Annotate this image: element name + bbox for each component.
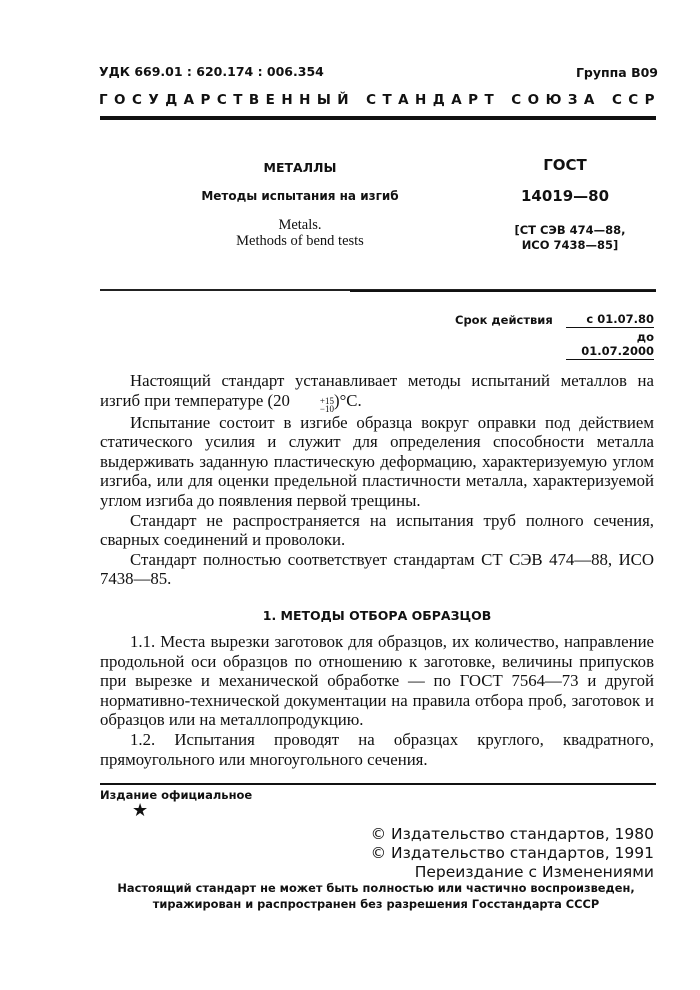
banner-letter: Р: [468, 92, 478, 108]
validity-from: с 01.07.80: [566, 312, 654, 328]
title-english-line1: Metals.: [190, 217, 410, 233]
banner-letter: Ы: [317, 92, 331, 108]
title-english: Metals. Methods of bend tests: [190, 217, 410, 249]
middle-rule-thick: [350, 290, 656, 292]
banner-letter: Н: [415, 92, 426, 108]
intro-paragraph-method: Испытание состоит в изгибе образца вокру…: [100, 413, 654, 511]
banner-letter: [355, 92, 360, 108]
banner-letter: А: [451, 92, 461, 108]
temperature-tolerance: +15−10: [290, 397, 334, 413]
banner-letter: Г: [99, 92, 108, 108]
banner-letter: [601, 92, 606, 108]
banner-letter: С: [511, 92, 521, 108]
tolerance-lower: −10: [290, 405, 334, 413]
udk-code: УДК 669.01 : 620.174 : 006.354: [99, 64, 324, 79]
clause-1-1: 1.1. Места вырезки заготовок для образцо…: [100, 632, 654, 730]
banner-letter: В: [249, 92, 259, 108]
equivalent-line2: ИСО 7438—85]: [500, 238, 640, 253]
validity-label: Срок действия: [455, 313, 553, 327]
title-english-line2: Methods of bend tests: [190, 233, 410, 249]
section1-text: 1.1. Места вырезки заготовок для образцо…: [100, 632, 654, 769]
official-edition-label: Издание официальное: [100, 788, 252, 802]
section-heading: 1. МЕТОДЫ ОТБОРА ОБРАЗЦОВ: [100, 608, 654, 623]
star-icon: ★: [132, 800, 148, 821]
banner-letter: Д: [433, 92, 445, 108]
banner-letter: Т: [383, 92, 392, 108]
scope-text-end: )°С.: [334, 391, 362, 410]
copyright-1991: © Издательство стандартов, 1991: [370, 844, 654, 863]
top-rule: [100, 116, 656, 120]
validity-to: до 01.07.2000: [566, 330, 654, 360]
gost-equivalents: [СТ СЭВ 474—88, ИСО 7438—85]: [500, 223, 640, 253]
clause-1-2: 1.2. Испытания проводят на образцах круг…: [100, 730, 654, 769]
banner-letter: [500, 92, 505, 108]
banner-letter: С: [132, 92, 142, 108]
banner-letter: С: [217, 92, 227, 108]
banner-letter: У: [148, 92, 158, 108]
banner-letter: Н: [299, 92, 310, 108]
banner-letter: Н: [281, 92, 292, 108]
state-standard-banner: ГОСУДАРСТВЕННЫЙ СТАНДАРТ СОЮЗА ССР: [99, 92, 655, 108]
banner-letter: Т: [233, 92, 242, 108]
banner-letter: А: [398, 92, 408, 108]
banner-letter: А: [184, 92, 194, 108]
banner-letter: Р: [645, 92, 655, 108]
title-main: МЕТАЛЛЫ: [190, 160, 410, 175]
gost-label: ГОСТ: [500, 156, 630, 174]
gost-number: 14019—80: [500, 187, 630, 205]
intro-paragraph-scope: Настоящий стандарт устанавливает методы …: [100, 371, 654, 413]
banner-letter: С: [366, 92, 376, 108]
bottom-rule: [100, 783, 656, 785]
copyright-1980: © Издательство стандартов, 1980: [370, 825, 654, 844]
banner-letter: О: [114, 92, 125, 108]
banner-letter: Е: [266, 92, 275, 108]
banner-letter: С: [628, 92, 638, 108]
intro-paragraph-exclusions: Стандарт не распространяется на испытани…: [100, 511, 654, 550]
disclaimer-line1: Настоящий стандарт не может быть полност…: [96, 880, 656, 896]
title-subtitle: Методы испытания на изгиб: [190, 189, 410, 203]
banner-letter: Т: [485, 92, 494, 108]
banner-letter: Д: [165, 92, 177, 108]
intro-paragraph-conformity: Стандарт полностью соответствует стандар…: [100, 550, 654, 589]
banner-letter: О: [528, 92, 539, 108]
banner-letter: З: [568, 92, 578, 108]
intro-text: Настоящий стандарт устанавливает методы …: [100, 371, 654, 589]
reproduction-disclaimer: Настоящий стандарт не может быть полност…: [96, 880, 656, 912]
banner-letter: Й: [337, 92, 348, 108]
group-code: Группа В09: [576, 65, 658, 80]
banner-letter: Р: [201, 92, 211, 108]
copyright-block: © Издательство стандартов, 1980 © Издате…: [370, 825, 654, 882]
banner-letter: А: [584, 92, 594, 108]
disclaimer-line2: тиражирован и распространен без разрешен…: [96, 896, 656, 912]
banner-letter: Ю: [546, 92, 562, 108]
scope-text: Настоящий стандарт устанавливает методы …: [100, 371, 654, 410]
equivalent-line1: [СТ СЭВ 474—88,: [500, 223, 640, 238]
banner-letter: С: [612, 92, 622, 108]
